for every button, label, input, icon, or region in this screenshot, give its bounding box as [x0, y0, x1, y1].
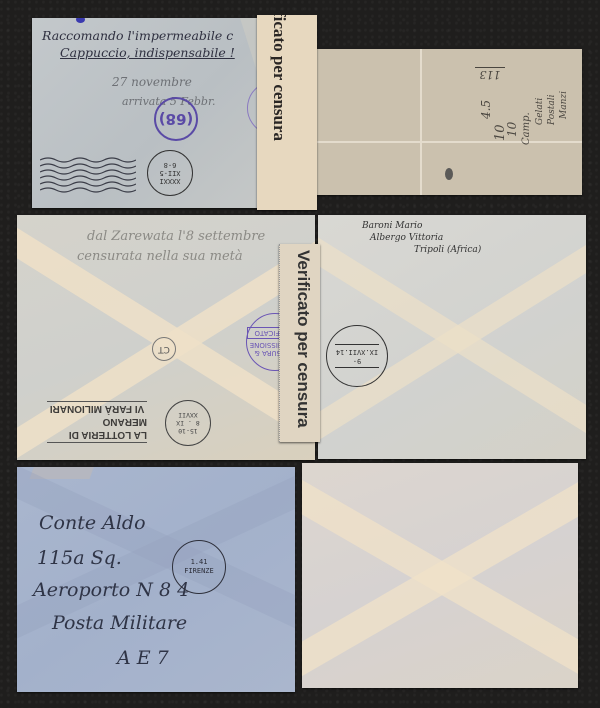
- postmark-city: FIRENZE: [184, 567, 214, 576]
- handwriting-line: Posta Militare: [52, 612, 187, 634]
- slogan-line: LA LOTTERIA DI MERANO: [47, 416, 147, 442]
- censor-number-stamp: (68): [154, 97, 198, 141]
- postmark: 15-10 8 . IX XXVII: [165, 400, 211, 446]
- handwriting-line: Albergo Vittoria: [370, 233, 443, 243]
- cover-6-envelope: [302, 463, 578, 688]
- note-line: Camp.: [521, 112, 532, 145]
- cover-3-envelope: dal Zarewata l'8 settembre censurata nel…: [17, 215, 315, 460]
- postmark-line: 1.41: [184, 558, 214, 567]
- censor-strip-text: ficato per censura: [269, 15, 289, 141]
- postmark-line: 15-10: [176, 427, 199, 435]
- handwriting-line: 27 novembre: [112, 75, 192, 89]
- ink-spot: [445, 168, 453, 180]
- handwriting-line: censurata nella sua metà: [77, 249, 243, 264]
- ink-blot: [76, 18, 85, 23]
- postmark: 1.41 FIRENZE: [172, 540, 226, 594]
- postmark-line: 9-IX.XVII.14: [335, 344, 379, 368]
- censor-strip: Verificato per censura: [279, 244, 320, 442]
- censor-strip: ficato per censura: [257, 15, 317, 210]
- note-line: 4.5: [479, 100, 493, 119]
- note-line: Manzi: [559, 91, 569, 119]
- postmark-line: XXXXI: [159, 177, 180, 185]
- postmark: XXXXI XII-5 6-8: [147, 150, 193, 196]
- slogan-cancel: LA LOTTERIA DI MERANO VI FARÀ MILIONARI: [47, 401, 147, 443]
- cover-5-envelope: Conte Aldo 115a Sq. Aeroporto N 8 4 Post…: [17, 467, 295, 692]
- note-line: Gelati: [535, 98, 545, 125]
- handwriting-line: A E 7: [117, 647, 169, 669]
- back-mark: CT: [152, 337, 176, 361]
- note-line: Postali: [547, 95, 557, 125]
- handwriting-line: Conte Aldo: [39, 512, 146, 534]
- slogan-line: VI FARÀ MILIONARI: [50, 403, 144, 416]
- handwriting-line: Baroni Mario: [362, 221, 422, 231]
- handwriting-line: Tripoli (Africa): [414, 245, 481, 255]
- machine-cancel-wavy-lines: [40, 156, 136, 196]
- cover-1-envelope: Raccomando l'impermeabile c Cappuccio, i…: [32, 18, 290, 208]
- handwriting-line: dal Zarewata l'8 settembre: [87, 229, 265, 244]
- handwriting-line: Raccomando l'impermeabile c: [42, 28, 233, 43]
- postmark-line: XXVII: [176, 411, 199, 419]
- fold-line: [420, 49, 422, 195]
- fold-line: [313, 141, 582, 143]
- note-line: 10: [505, 122, 519, 137]
- postmark-line: 8 . IX: [176, 419, 199, 427]
- handwriting-line: Cappuccio, indispensabile !: [60, 45, 235, 60]
- note-number: 113: [475, 67, 505, 81]
- postmark: 9-IX.XVII.14: [326, 325, 388, 387]
- postmark-line: XII-5: [159, 169, 180, 177]
- postmark-time: 6-8: [159, 161, 180, 169]
- handwriting-line: Aeroporto N 8 4: [33, 579, 189, 601]
- handwritten-notes: 113 Camp. 10 10 4.5 Gelati Postali Manzi: [463, 59, 573, 139]
- cover-4-envelope: Baroni Mario Albergo Vittoria Tripoli (A…: [318, 215, 586, 459]
- censor-strip-text: Verificato per censura: [293, 250, 313, 428]
- handwriting-line: 115a Sq.: [37, 547, 122, 569]
- cover-2-folded-letter: 113 Camp. 10 10 4.5 Gelati Postali Manzi: [313, 49, 582, 195]
